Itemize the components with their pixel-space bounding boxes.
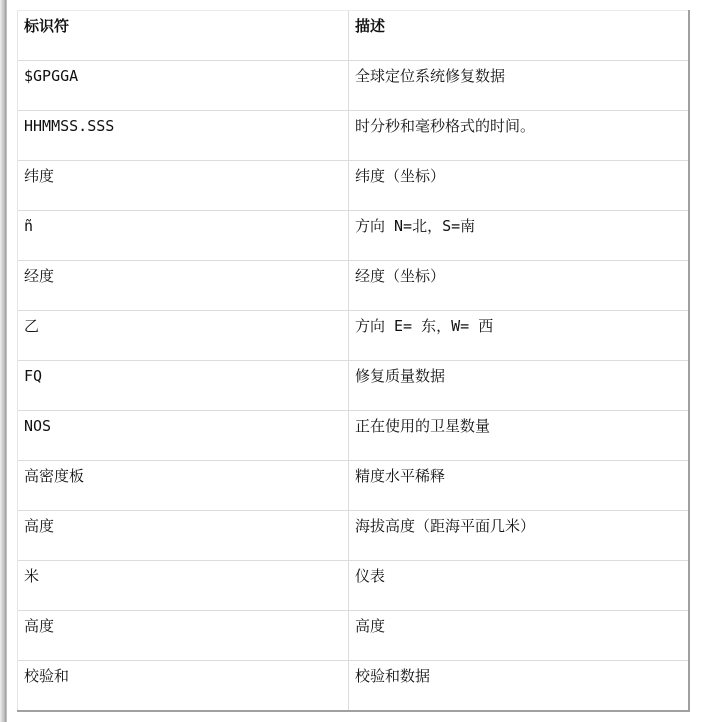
cell-identifier: FQ bbox=[18, 361, 349, 411]
table-row: 高密度板 精度水平稀释 bbox=[18, 461, 690, 511]
cell-identifier: 纬度 bbox=[18, 161, 349, 211]
cell-description: 仪表 bbox=[349, 561, 690, 611]
cell-description: 精度水平稀释 bbox=[349, 461, 690, 511]
cell-identifier: $GPGGA bbox=[18, 61, 349, 111]
cell-identifier: HHMMSS.SSS bbox=[18, 111, 349, 161]
table-row: $GPGGA 全球定位系统修复数据 bbox=[18, 61, 690, 111]
table-row: 高度 高度 bbox=[18, 611, 690, 661]
cell-identifier: 经度 bbox=[18, 261, 349, 311]
cell-identifier: 校验和 bbox=[18, 661, 349, 711]
cell-identifier: ñ bbox=[18, 211, 349, 261]
table-row: 高度 海拔高度（距海平面几米） bbox=[18, 511, 690, 561]
cell-identifier: 高密度板 bbox=[18, 461, 349, 511]
cell-description: 时分秒和毫秒格式的时间。 bbox=[349, 111, 690, 161]
table-row: 乙 方向 E= 东，W= 西 bbox=[18, 311, 690, 361]
cell-description: 方向 N=北，S=南 bbox=[349, 211, 690, 261]
cell-description: 方向 E= 东，W= 西 bbox=[349, 311, 690, 361]
cell-description: 全球定位系统修复数据 bbox=[349, 61, 690, 111]
table-row: 米 仪表 bbox=[18, 561, 690, 611]
cell-description: 经度（坐标） bbox=[349, 261, 690, 311]
cell-description: 校验和数据 bbox=[349, 661, 690, 711]
cell-description: 高度 bbox=[349, 611, 690, 661]
cell-description: 纬度（坐标） bbox=[349, 161, 690, 211]
table-row: 经度 经度（坐标） bbox=[18, 261, 690, 311]
window-left-border bbox=[0, 0, 7, 722]
cell-identifier: 高度 bbox=[18, 611, 349, 661]
table-row: FQ 修复质量数据 bbox=[18, 361, 690, 411]
gpgga-fields-table-container: 标识符 描述 $GPGGA 全球定位系统修复数据 HHMMSS.SSS 时分秒和… bbox=[17, 10, 690, 712]
cell-identifier: 高度 bbox=[18, 511, 349, 561]
header-identifier: 标识符 bbox=[18, 11, 349, 61]
table-header-row: 标识符 描述 bbox=[18, 11, 690, 61]
cell-description: 海拔高度（距海平面几米） bbox=[349, 511, 690, 561]
cell-description: 修复质量数据 bbox=[349, 361, 690, 411]
header-description: 描述 bbox=[349, 11, 690, 61]
cell-identifier: NOS bbox=[18, 411, 349, 461]
cell-identifier: 米 bbox=[18, 561, 349, 611]
gpgga-fields-table: 标识符 描述 $GPGGA 全球定位系统修复数据 HHMMSS.SSS 时分秒和… bbox=[17, 10, 690, 712]
table-row: 纬度 纬度（坐标） bbox=[18, 161, 690, 211]
table-row: 校验和 校验和数据 bbox=[18, 661, 690, 711]
table-row: NOS 正在使用的卫星数量 bbox=[18, 411, 690, 461]
cell-description: 正在使用的卫星数量 bbox=[349, 411, 690, 461]
table-row: HHMMSS.SSS 时分秒和毫秒格式的时间。 bbox=[18, 111, 690, 161]
table-row: ñ 方向 N=北，S=南 bbox=[18, 211, 690, 261]
cell-identifier: 乙 bbox=[18, 311, 349, 361]
